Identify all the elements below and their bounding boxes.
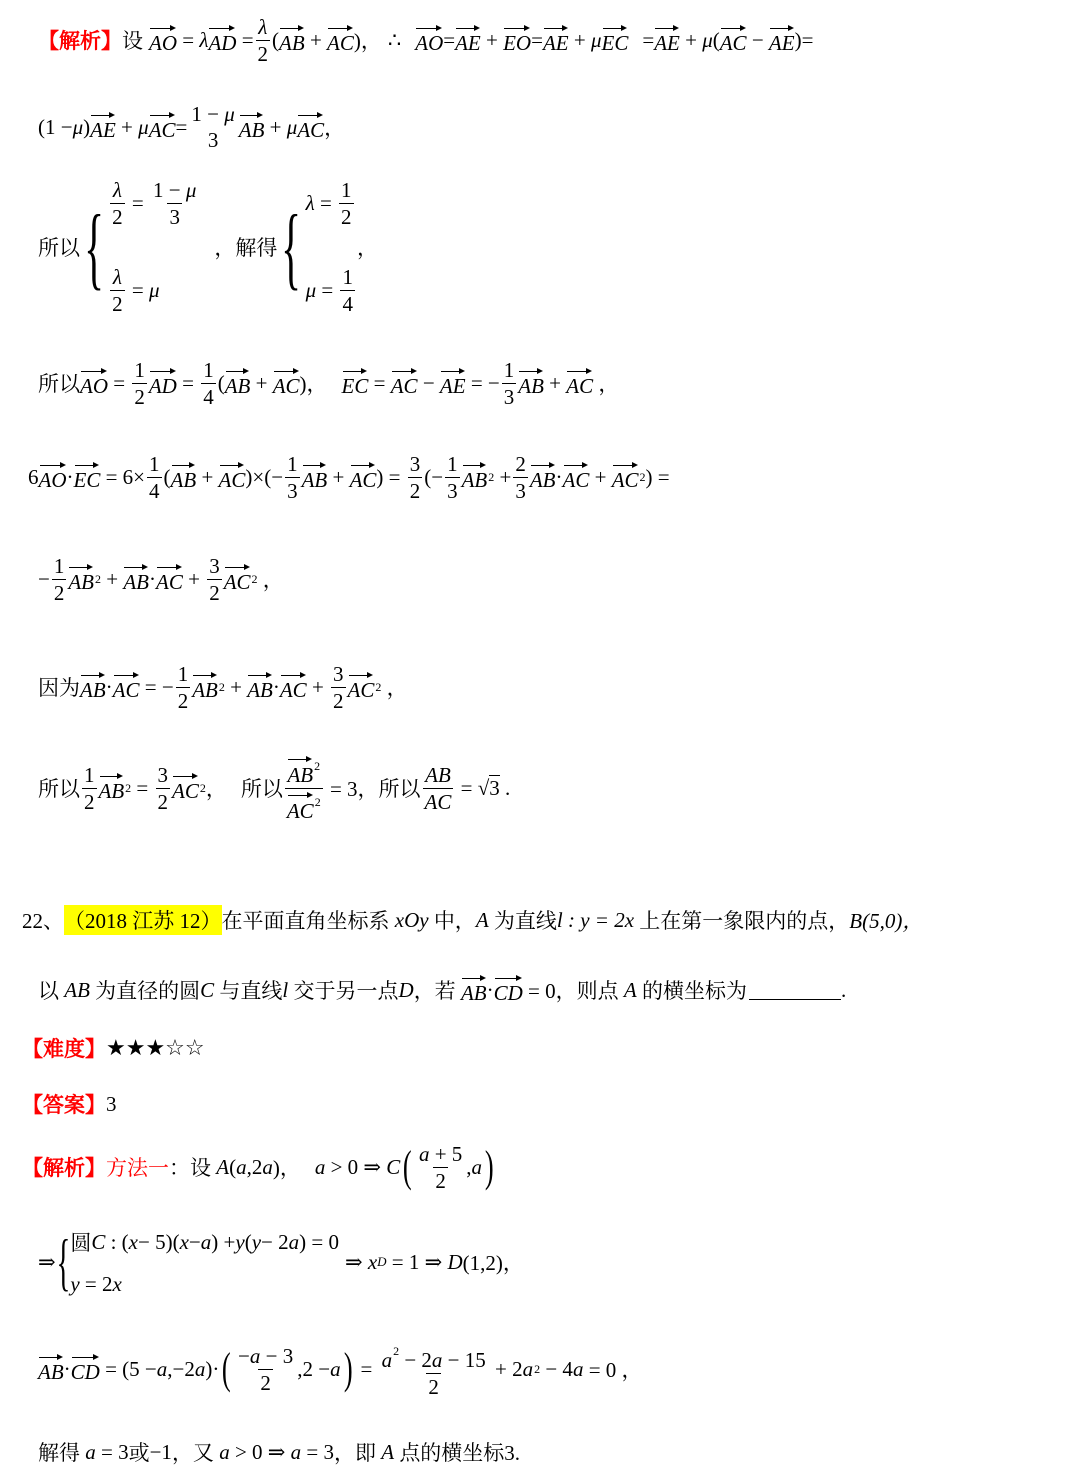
solution2-line-1: 【解析】 方法一： 设 A(a,2a)，a > 0 ⇒ C(a + 52,a) [22, 1134, 497, 1200]
vector: AB [38, 1354, 64, 1385]
text: 为直径的圆 [95, 975, 200, 1005]
text: 为直线 [494, 905, 557, 935]
equation-system: { λ = 12 μ = 14 [277, 177, 357, 317]
question-source-highlight: （2018 江苏 12） [64, 905, 222, 935]
solution-line-2: (1 − μ)AE + μAC= 1 − μ3AB + μAC ， [38, 96, 345, 158]
text: ，若 [414, 975, 456, 1005]
vector: AC [273, 368, 300, 399]
system-line: 所以 { λ2 = 1 − μ3 λ2 = μ ，解得 { λ = 12 μ =… [38, 172, 378, 322]
therefore-symbol: ∴ [388, 28, 401, 53]
vector: AC [297, 112, 324, 143]
text: 设 [122, 25, 143, 55]
vector: AC [113, 672, 140, 703]
vector: AB [530, 462, 556, 493]
solution2-line-4: 解得 a = 3或−1，又 a > 0 ⇒ a = 3，即 A 点的横坐标3. [38, 1434, 520, 1470]
analysis-label-2: 【解析】 [22, 1152, 106, 1182]
vector: AB [99, 773, 125, 804]
vector: AO [149, 25, 177, 56]
vector: AE [769, 25, 795, 56]
text: 或 [129, 1437, 150, 1467]
solution-line-6: −12AB2 + AB·AC + 32AC2 ， [38, 548, 284, 610]
vector: AB [247, 672, 273, 703]
fraction: λ2 [256, 14, 271, 67]
vector: AB [171, 462, 197, 493]
vector: AC [391, 368, 418, 399]
math: AB [64, 978, 90, 1003]
solution2-line-2: ⇒ { 圆C : (x − 5)(x − a) + y(y − 2a) = 0 … [38, 1222, 524, 1302]
vector: AC [612, 462, 639, 493]
math: l : y = 2x [557, 908, 634, 933]
text: 所以 [38, 232, 80, 262]
text: 所以 [241, 773, 283, 803]
text: 以 [38, 975, 59, 1005]
text: 所以 [379, 773, 421, 803]
text: 与直线 [219, 975, 282, 1005]
difficulty-label: 【难度】 [22, 1033, 106, 1063]
text: 因为 [38, 672, 80, 702]
answer-value: 3 [106, 1092, 117, 1117]
text: ，又 [172, 1437, 214, 1467]
method-label: 方法一 [106, 1152, 169, 1182]
vector: AC [348, 672, 375, 703]
vector: EC [74, 462, 101, 493]
vector: AB [518, 368, 544, 399]
vector: AO [80, 368, 108, 399]
vector: AB [192, 672, 218, 703]
vector: CD [494, 975, 523, 1006]
vector: AD [149, 368, 177, 399]
math: xOy [395, 908, 429, 933]
math: B(5,0)， [849, 905, 923, 935]
math: l [282, 978, 288, 1003]
text: 交于另一点 [294, 975, 399, 1005]
question-line-2: 以 AB 为直径的圆C 与直线l 交于另一点D，若 AB·CD = 0，则点 A… [38, 968, 846, 1012]
text: ： [169, 1152, 190, 1182]
equation-system: { 圆C : (x − 5)(x − a) + y(y − 2a) = 0 y … [56, 1227, 339, 1297]
vector: AE [455, 25, 481, 56]
difficulty-line: 【难度】 ★★★☆☆ [22, 1030, 205, 1066]
vector: AE [440, 368, 466, 399]
vector: AC [172, 773, 199, 804]
equation-system: { λ2 = 1 − μ3 λ2 = μ [80, 177, 200, 317]
vector: AB [279, 25, 305, 56]
vector: AB [80, 672, 106, 703]
vector: EC [342, 368, 369, 399]
vector: EC [602, 25, 629, 56]
vector: AB [225, 368, 251, 399]
text: . [841, 978, 846, 1003]
difficulty-stars: ★★★☆☆ [106, 1036, 205, 1061]
text: 解得 [235, 232, 277, 262]
vector: AB [68, 564, 94, 595]
answer-label: 【答案】 [22, 1089, 106, 1119]
text: 点的横坐标3. [399, 1437, 520, 1467]
question-line-1: 22、（2018 江苏 12）在平面直角坐标系 xOy 中，A 为直线l : y… [22, 900, 923, 940]
vector: AB [462, 462, 488, 493]
text: 上在第一象限内的点， [639, 905, 849, 935]
vector: AB [239, 112, 265, 143]
text: 在平面直角坐标系 [222, 905, 390, 935]
analysis-label: 【解析】 [38, 25, 122, 55]
math: A [476, 908, 489, 933]
text: 设 [190, 1152, 211, 1182]
text: = 0，则点 [528, 975, 619, 1005]
text: 圆 [70, 1227, 91, 1257]
vector: AC [720, 25, 747, 56]
answer-line: 【答案】 3 [22, 1086, 117, 1122]
text: 解得 [38, 1437, 80, 1467]
vector: AE [654, 25, 680, 56]
vector: AC [219, 462, 246, 493]
vector: AC [350, 462, 377, 493]
vector: AO [415, 25, 443, 56]
vector: AC [280, 672, 307, 703]
fraction: 1 − μ3 [189, 101, 236, 153]
vector: AB [461, 975, 487, 1006]
solution2-line-3: AB·CD = (5 − a,−2a)·(−a − 32,2 − a) = a2… [38, 1336, 643, 1402]
text: 所以 [38, 773, 80, 803]
vector: AO [39, 462, 67, 493]
vector: AC [149, 112, 176, 143]
vector: AE [543, 25, 569, 56]
vector: AC [566, 368, 593, 399]
solution-line-8: 所以 12AB2 = 32AC2， 所以 AB2AC2 = 3， 所以 ABAC… [38, 748, 510, 828]
text: 的横坐标为 [642, 975, 747, 1005]
math: D [399, 978, 414, 1003]
vector: AC [563, 462, 590, 493]
vector: AC [156, 564, 183, 595]
vector: AB [123, 564, 149, 595]
vector: AD [208, 25, 236, 56]
solution-line-1: 【解析】 设 AO = λAD = λ2(AB + AC)， ∴ AO=AE +… [38, 10, 813, 70]
vector: AE [90, 112, 116, 143]
answer-blank [749, 981, 841, 1000]
text: 所以 [38, 368, 80, 398]
vector: AC [224, 564, 251, 595]
vector: AB [302, 462, 328, 493]
text: ，即 [334, 1437, 376, 1467]
solution-line-4: 所以 AO = 12AD = 14(AB + AC)， EC = AC − AE… [38, 352, 619, 414]
text: 中， [434, 905, 476, 935]
solution-line-7: 因为 AB·AC = −12AB2 + AB·AC + 32AC2 ， [38, 656, 408, 718]
vector: CD [71, 1354, 100, 1385]
vector: EO [503, 25, 531, 56]
solution-line-5: 6AO·EC = 6×14(AB + AC)×(−13AB + AC) = 32… [28, 446, 670, 508]
text: ， [324, 112, 345, 142]
question-number: 22、 [22, 905, 64, 935]
math: C [200, 978, 214, 1003]
vector: AC [327, 25, 354, 56]
